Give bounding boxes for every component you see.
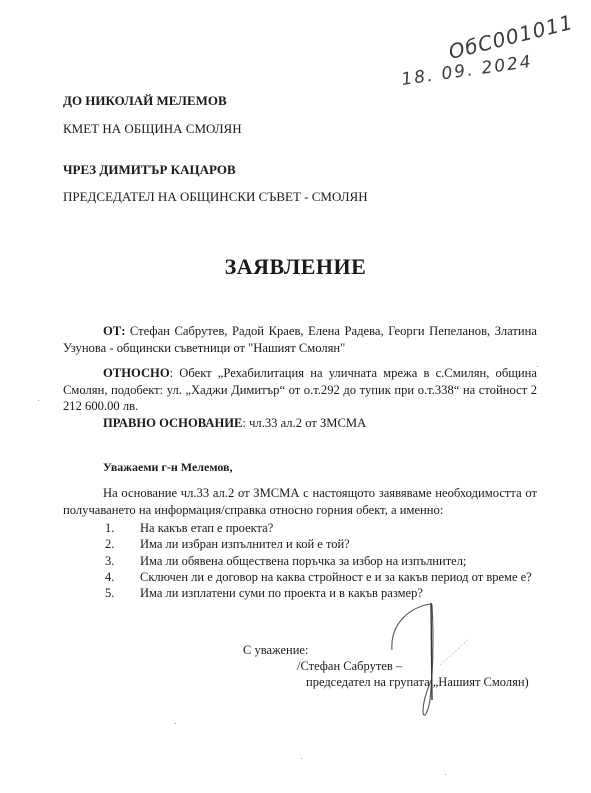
scan-speck bbox=[537, 366, 538, 367]
scan-speck bbox=[175, 723, 176, 724]
scan-speck bbox=[38, 400, 39, 401]
scan-speck bbox=[445, 774, 446, 775]
signature-icon bbox=[0, 0, 591, 793]
scan-speck bbox=[301, 758, 302, 759]
